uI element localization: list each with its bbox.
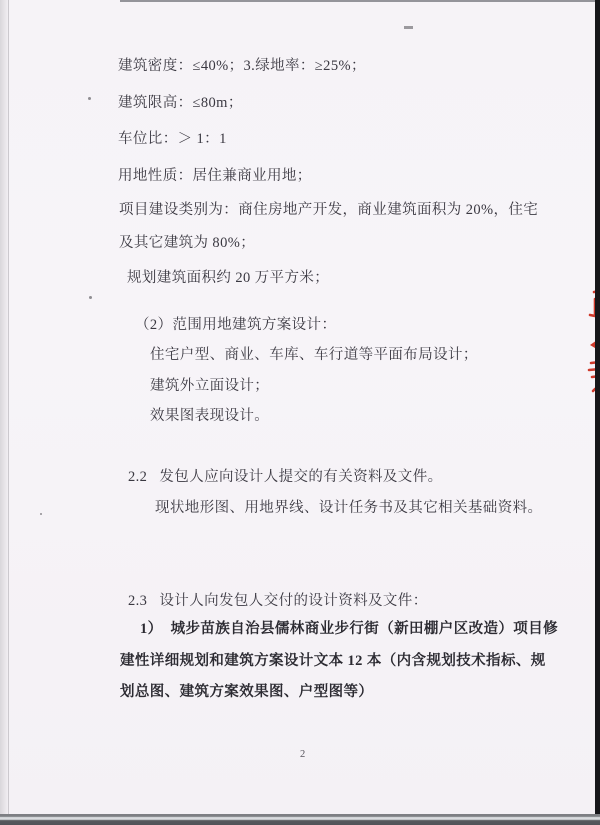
text-line-parking-ratio: 车位比：＞ 1：1 <box>118 127 227 148</box>
scan-right-edge-bar <box>595 0 600 818</box>
page-number: 2 <box>300 749 305 760</box>
text-line-clause-2-2-body: 现状地形图、用地界线、设计任务书及其它相关基础资料。 <box>155 496 542 517</box>
text-line-deliverable-1c: 划总图、建筑方案效果图、户型图等） <box>120 680 373 701</box>
text-line-rendering-design: 效果图表现设计。 <box>150 404 269 425</box>
text-line-clause-2-3: 2.3 设计人向发包人交付的设计资料及文件： <box>128 589 428 610</box>
scan-top-edge-line <box>120 0 596 2</box>
scan-left-edge-shadow <box>0 0 9 825</box>
text-line-height-limit: 建筑限高：≤80m； <box>118 91 243 112</box>
text-line-clause-2-2: 2.2 发包人应向设计人提交的有关资料及文件。 <box>128 465 443 486</box>
scan-speck <box>89 296 92 299</box>
text-line-project-type-2: 及其它建筑为 80%； <box>119 231 255 252</box>
scan-dash-mark <box>404 26 413 29</box>
text-line-layout-design: 住宅户型、商业、车库、车行道等平面布局设计； <box>150 343 478 364</box>
scan-speck <box>40 513 42 515</box>
scan-speck <box>88 97 91 100</box>
text-line-building-density: 建筑密度：≤40%；3.绿地率：≥25%； <box>118 54 366 75</box>
text-line-deliverable-1a: 1） 城步苗族自治县儒林商业步行街（新田棚户区改造）项目修 <box>140 617 558 638</box>
text-line-item2-heading: （2）范围用地建筑方案设计： <box>135 313 336 334</box>
text-line-planned-area: 规划建筑面积约 20 万平方米； <box>127 266 329 287</box>
scanned-document-page: 建筑密度：≤40%；3.绿地率：≥25%； 建筑限高：≤80m； 车位比：＞ 1… <box>0 0 600 825</box>
text-line-land-use: 用地性质：居住兼商业用地； <box>118 164 312 185</box>
scan-bottom-edge-bar <box>0 814 600 825</box>
text-line-facade-design: 建筑外立面设计； <box>150 374 269 395</box>
text-line-project-type-1: 项目建设类别为：商住房地产开发，商业建筑面积为 20%，住宅 <box>119 198 538 219</box>
text-line-deliverable-1b: 建性详细规划和建筑方案设计文本 12 本（内含规划技术指标、规 <box>120 649 546 670</box>
